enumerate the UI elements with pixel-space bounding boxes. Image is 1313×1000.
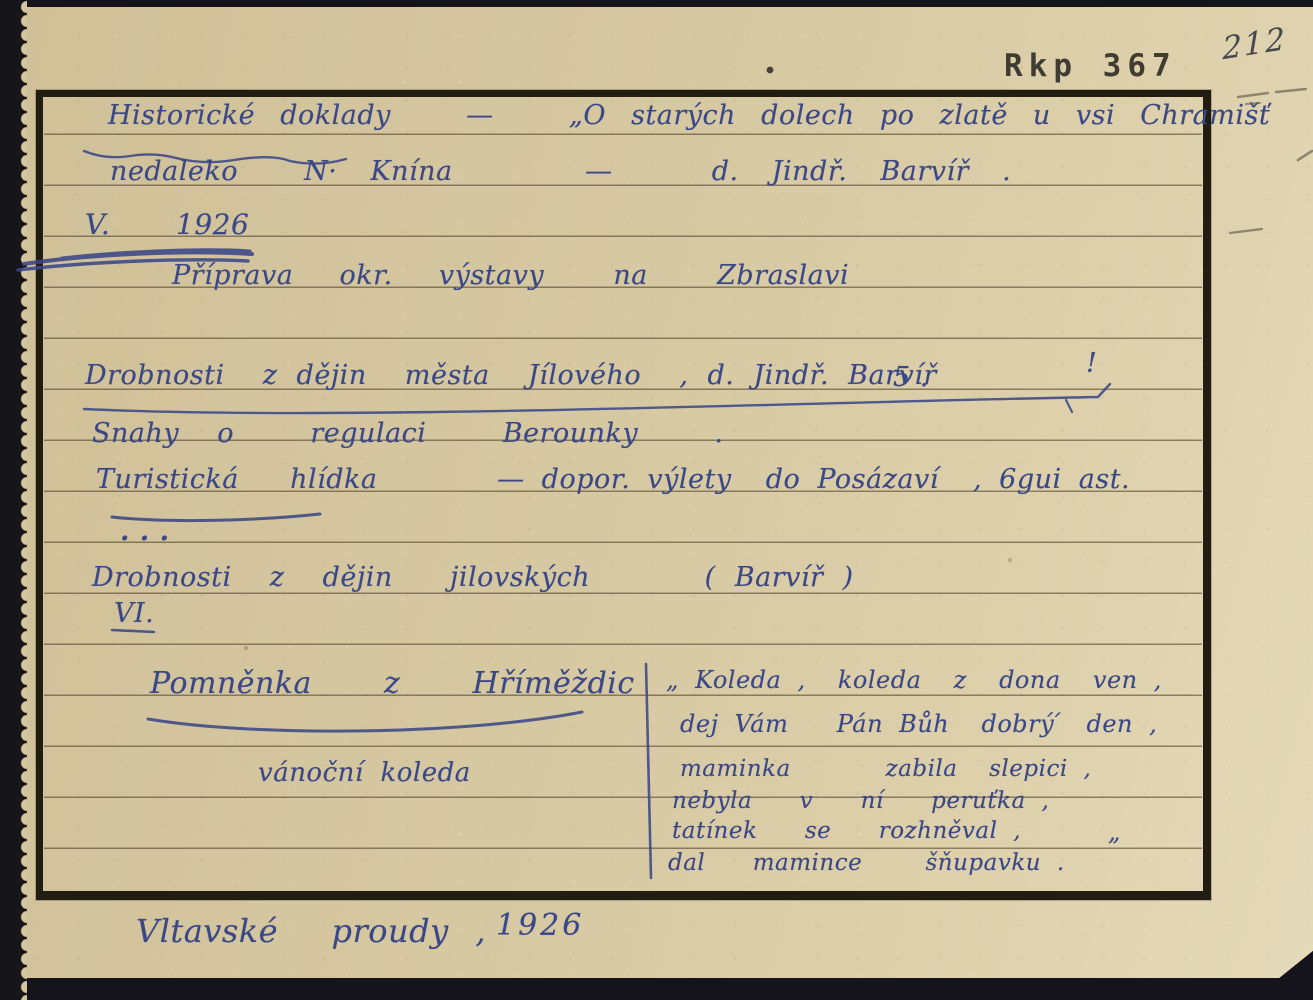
carol-line: dej Vám Pán Bůh dobrý ́ den , bbox=[680, 710, 1157, 738]
entry-drobnosti-mark: ! bbox=[1086, 348, 1097, 379]
archive-stamp: Rkp 367 bbox=[1004, 48, 1177, 84]
torn-left-edge bbox=[0, 0, 27, 1000]
entry-exhibition: Příprava okr. výstavy na Zbraslavi bbox=[172, 260, 849, 291]
entry-drobnosti-jilovske: Drobnosti z dějin jilovských ( Barvíř ) bbox=[92, 562, 854, 593]
entry-pomnenka: Pomněnka z Hříměždic bbox=[150, 666, 635, 701]
entry-drobnosti-mesta: Drobnosti z dějin města Jílového , d. Ji… bbox=[85, 360, 937, 391]
carol-line: dal mamince šňupavku . bbox=[668, 850, 1065, 876]
carol-close-quote: „ bbox=[1108, 818, 1121, 846]
entry-title-line2: nedaleko N· Knína — d. Jindř. Barvíř . bbox=[110, 156, 1011, 187]
entry-ellipsis: . . . bbox=[120, 516, 170, 547]
carol-line: nebyla v ní peruťka , bbox=[672, 788, 1049, 814]
carol-line: „ Koleda , koleda z dona ven , bbox=[666, 666, 1162, 694]
entry-regulace: Snahy o regulaci Berounky . bbox=[92, 418, 724, 449]
footer-source: Vltavské proudy , bbox=[136, 912, 486, 950]
entry-koleda-label: vánoční koleda bbox=[258, 758, 471, 788]
footer-year: 1926 bbox=[496, 908, 584, 943]
entry-title-line1: Historické doklady — „O starých dolech p… bbox=[108, 100, 1270, 131]
scanned-archive-card: Rkp 367 212 Historické doklady — „O star… bbox=[0, 0, 1313, 1000]
entry-turisticka: Turistická hlídka — dopor. výlety do Pos… bbox=[96, 464, 1130, 495]
entry-date-heading: V. 1926 bbox=[85, 208, 249, 241]
carol-line: maminka zabila slepici , bbox=[680, 756, 1091, 782]
carol-line: tatínek se rozhněval , bbox=[672, 818, 1021, 844]
entry-section-vi: VI. bbox=[114, 598, 154, 629]
entry-drobnosti-number: 5 . bbox=[893, 362, 929, 393]
